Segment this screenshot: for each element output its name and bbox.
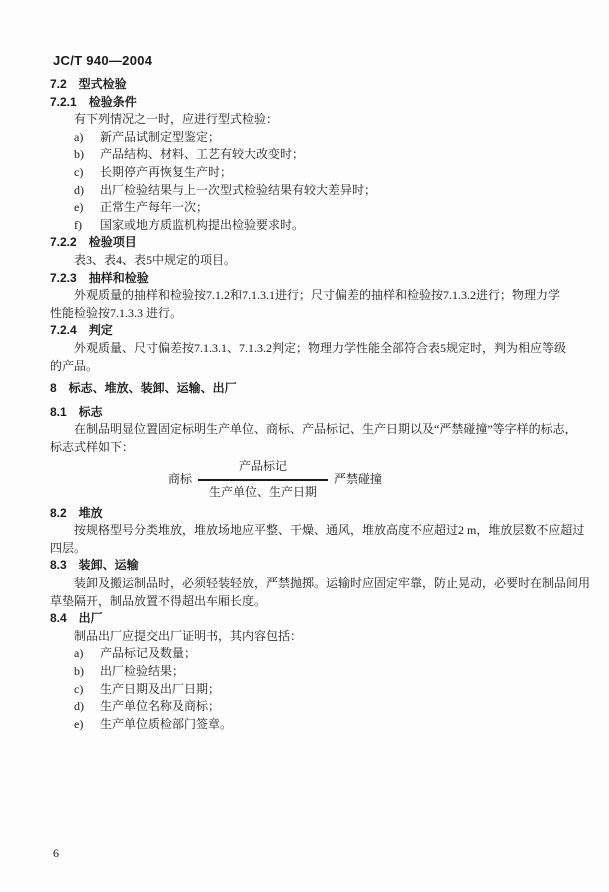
paragraph-line: 四层。 <box>50 540 572 558</box>
list-item-text: 生产单位名称及商标； <box>100 699 220 713</box>
list-item-text: 国家或地方质监机构提出检验要求时。 <box>100 218 304 232</box>
section-heading: 8.4 出厂 <box>50 610 572 628</box>
list-item-label: b) <box>74 146 100 164</box>
list-item-label: e) <box>74 716 100 734</box>
list-item-label: c) <box>74 681 100 699</box>
list-item: a)产品标记及数量； <box>50 645 572 663</box>
list-item: d)生产单位名称及商标； <box>50 698 572 716</box>
section-heading: 7.2.1 检验条件 <box>50 94 572 112</box>
section-heading: 7.2 型式检验 <box>50 76 572 94</box>
list-item-label: a) <box>74 645 100 663</box>
paragraph-line: 外观质量、尺寸偏差按7.1.3.1、7.1.3.2判定；物理力学性能全部符合表5… <box>50 340 572 358</box>
paragraph-line: 草垫隔开，制品放置不得超出车厢长度。 <box>50 593 572 611</box>
document-body: 7.2 型式检验7.2.1 检验条件有下列情况之一时，应进行型式检验：a)新产品… <box>50 76 572 733</box>
list-item-text: 正常生产每年一次； <box>100 200 208 214</box>
paragraph-line: 的产品。 <box>50 358 572 376</box>
paragraph-line: 表3、表4、表5中规定的项目。 <box>50 252 572 270</box>
list-item-label: a) <box>74 129 100 147</box>
paragraph-line: 有下列情况之一时，应进行型式检验： <box>50 111 572 129</box>
page-number: 6 <box>53 846 59 861</box>
list-item: c)长期停产再恢复生产时； <box>50 164 572 182</box>
marking-product-mark-label: 产品标记 <box>239 458 287 476</box>
list-item-text: 长期停产再恢复生产时； <box>100 165 232 179</box>
standard-number-header: JC/T 940—2004 <box>53 53 152 68</box>
section-heading: 8 标志、堆放、装卸、运输、出厂 <box>50 380 572 398</box>
marking-no-collision-label: 严禁碰撞 <box>334 471 382 489</box>
list-item-text: 生产日期及出厂日期； <box>100 682 220 696</box>
list-item: d)出厂检验结果与上一次型式检验结果有较大差异时； <box>50 182 572 200</box>
marking-diagram: 商标产品标记生产单位、生产日期严禁碰撞 <box>168 458 382 501</box>
paragraph-line: 制品出厂应提交出厂证明书，其内容包括： <box>50 628 572 646</box>
paragraph-line: 性能检验按7.1.3.3 进行。 <box>50 305 572 323</box>
list-item: a)新产品试制定型鉴定； <box>50 129 572 147</box>
list-item-label: e) <box>74 199 100 217</box>
list-item-text: 新产品试制定型鉴定； <box>100 130 220 144</box>
list-item-label: d) <box>74 698 100 716</box>
list-item-text: 出厂检验结果与上一次型式检验结果有较大差异时； <box>100 183 376 197</box>
marking-trademark-label: 商标 <box>168 471 192 489</box>
list-item: c)生产日期及出厂日期； <box>50 681 572 699</box>
section-heading: 7.2.2 检验项目 <box>50 234 572 252</box>
list-item: e)生产单位质检部门签章。 <box>50 716 572 734</box>
list-item: e)正常生产每年一次； <box>50 199 572 217</box>
marking-fraction: 产品标记生产单位、生产日期 <box>198 458 328 501</box>
paragraph-line: 外观质量的抽样和检验按7.1.2和7.1.3.1进行；尺寸偏差的抽样和检验按7.… <box>50 287 572 305</box>
paragraph-line: 按规格型号分类堆放，堆放场地应平整、干燥、通风，堆放高度不应超过2 m，堆放层数… <box>50 522 572 540</box>
list-item-label: c) <box>74 164 100 182</box>
section-heading: 8.1 标志 <box>50 404 572 422</box>
list-item-label: b) <box>74 663 100 681</box>
marking-producer-date-label: 生产单位、生产日期 <box>209 484 317 502</box>
list-item: b)产品结构、材料、工艺有较大改变时； <box>50 146 572 164</box>
list-item-label: f) <box>74 217 100 235</box>
list-item-text: 产品标记及数量； <box>100 646 196 660</box>
marking-divider-line <box>198 479 328 481</box>
section-heading: 7.2.4 判定 <box>50 322 572 340</box>
list-item: b)出厂检验结果； <box>50 663 572 681</box>
paragraph-line: 在制品明显位置固定标明生产单位、商标、产品标记、生产日期以及“严禁碰撞”等字样的… <box>50 421 572 439</box>
section-heading: 8.3 装卸、运输 <box>50 557 572 575</box>
list-item-text: 出厂检验结果； <box>100 664 184 678</box>
paragraph-line: 标志式样如下： <box>50 439 572 457</box>
section-heading: 7.2.3 抽样和检验 <box>50 270 572 288</box>
section-heading: 8.2 堆放 <box>50 505 572 523</box>
list-item: f)国家或地方质监机构提出检验要求时。 <box>50 217 572 235</box>
list-item-label: d) <box>74 182 100 200</box>
document-page: JC/T 940—2004 7.2 型式检验7.2.1 检验条件有下列情况之一时… <box>0 0 609 892</box>
list-item-text: 产品结构、材料、工艺有较大改变时； <box>100 147 304 161</box>
paragraph-line: 装卸及搬运制品时，必须轻装轻放，严禁抛掷。运输时应固定牢靠，防止晃动，必要时在制… <box>50 575 572 593</box>
list-item-text: 生产单位质检部门签章。 <box>100 717 232 731</box>
